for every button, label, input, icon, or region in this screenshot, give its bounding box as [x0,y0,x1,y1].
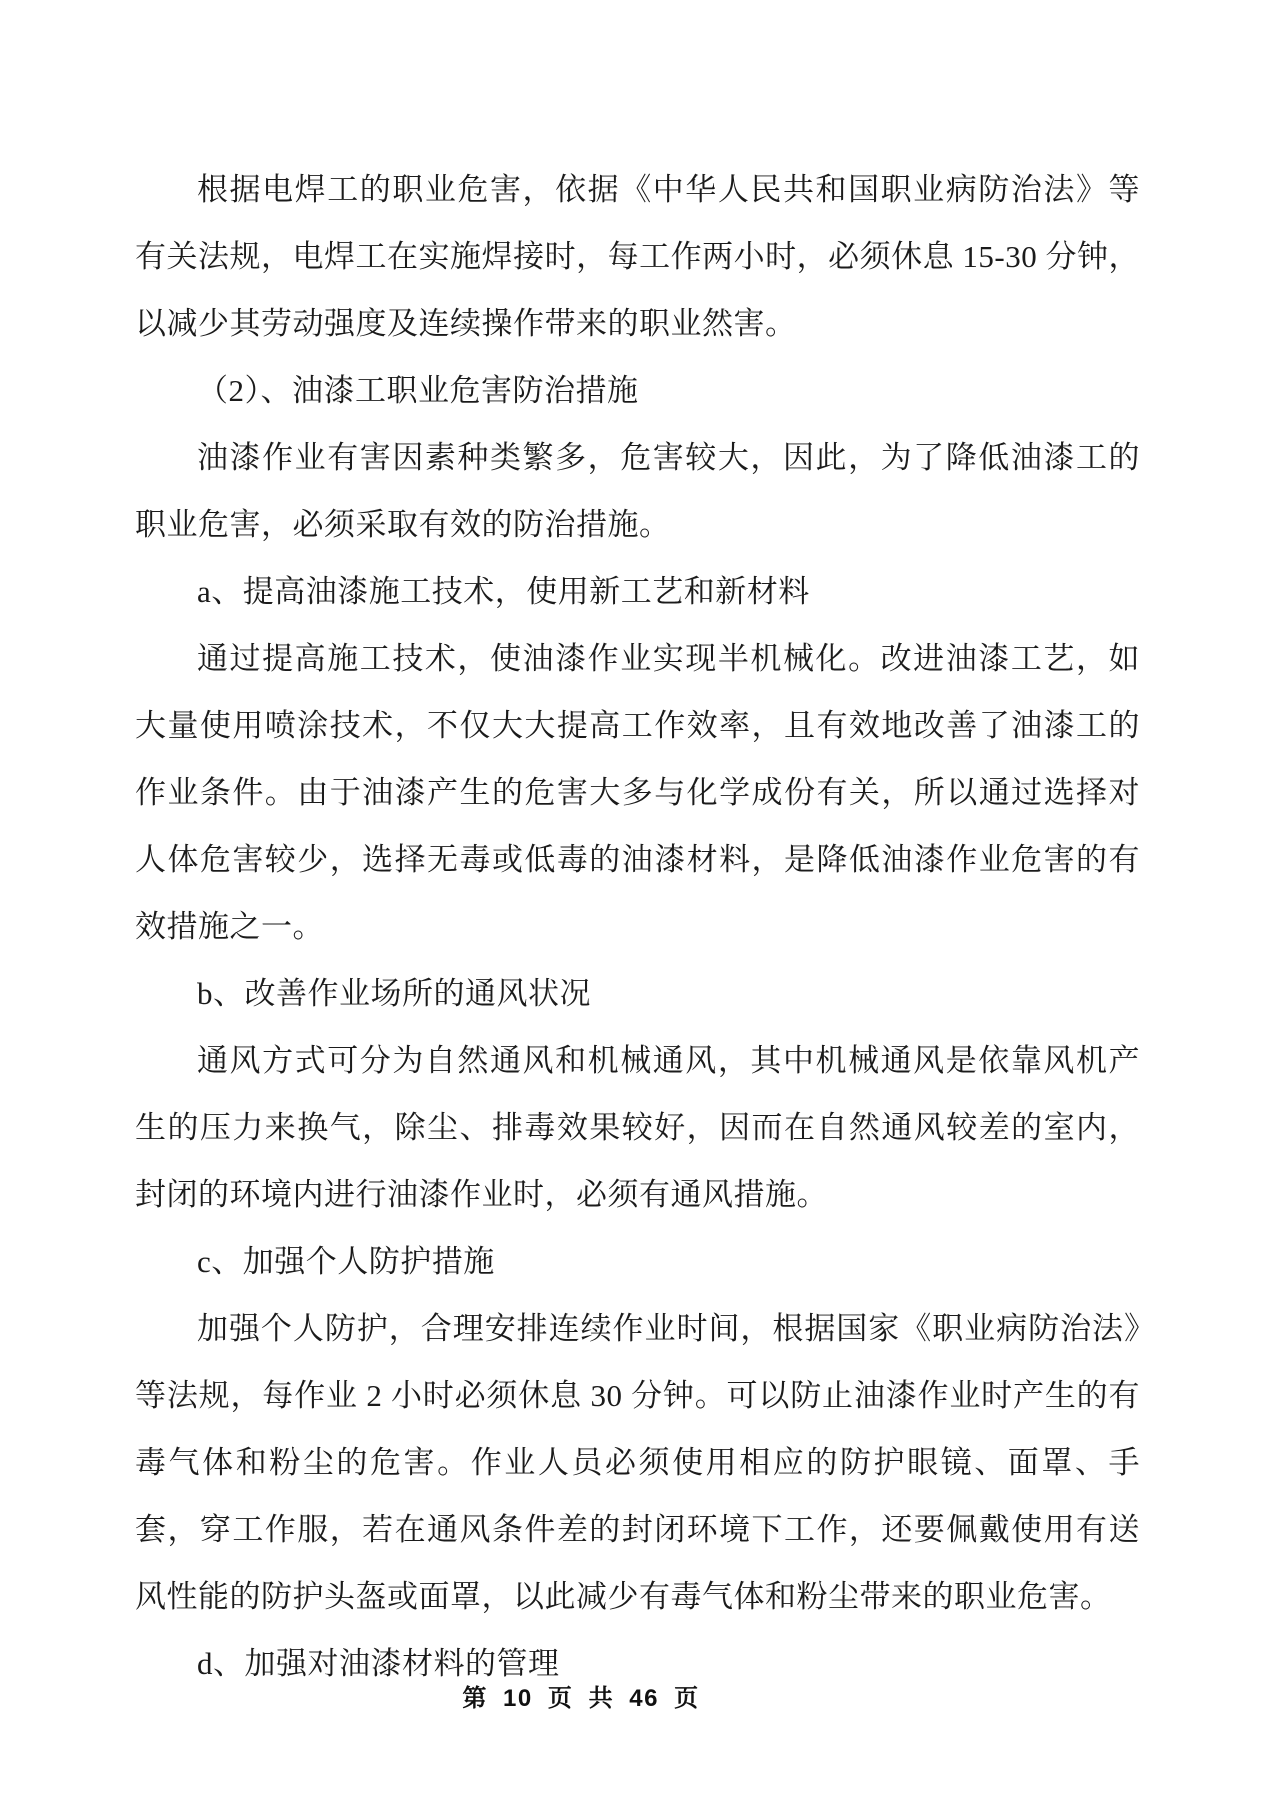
document-text-block: 根据电焊工的职业危害，依据《中华人民共和国职业病防治法》等有关法规，电焊工在实施… [135,156,1140,1697]
paragraph-welder-regulation: 根据电焊工的职业危害，依据《中华人民共和国职业病防治法》等有关法规，电焊工在实施… [135,156,1140,357]
paragraph-c-body: 加强个人防护，合理安排连续作业时间，根据国家《职业病防治法》等法规，每作业 2 … [135,1295,1140,1630]
paragraph-heading-a: a、提高油漆施工技术，使用新工艺和新材料 [135,558,1140,625]
paragraph-heading-b: b、改善作业场所的通风状况 [135,960,1140,1027]
paragraph-painter-intro: 油漆作业有害因素种类繁多，危害较大，因此，为了降低油漆工的职业危害，必须采取有效… [135,424,1140,558]
paragraph-b-body: 通风方式可分为自然通风和机械通风，其中机械通风是依靠风机产生的压力来换气，除尘、… [135,1027,1140,1228]
document-page: { "page": { "footer": { "text": "第 10 页 … [0,0,1280,1810]
page-background: 根据电焊工的职业危害，依据《中华人民共和国职业病防治法》等有关法规，电焊工在实施… [0,0,1280,1810]
paragraph-heading-c: c、加强个人防护措施 [135,1228,1140,1295]
paragraph-heading-painter-measures: （2）、油漆工职业危害防治措施 [135,357,1140,424]
paragraph-a-body: 通过提高施工技术，使油漆作业实现半机械化。改进油漆工艺，如大量使用喷涂技术，不仅… [135,625,1140,960]
page-number-footer: 第 10 页 共 46 页 [0,1678,1162,1713]
